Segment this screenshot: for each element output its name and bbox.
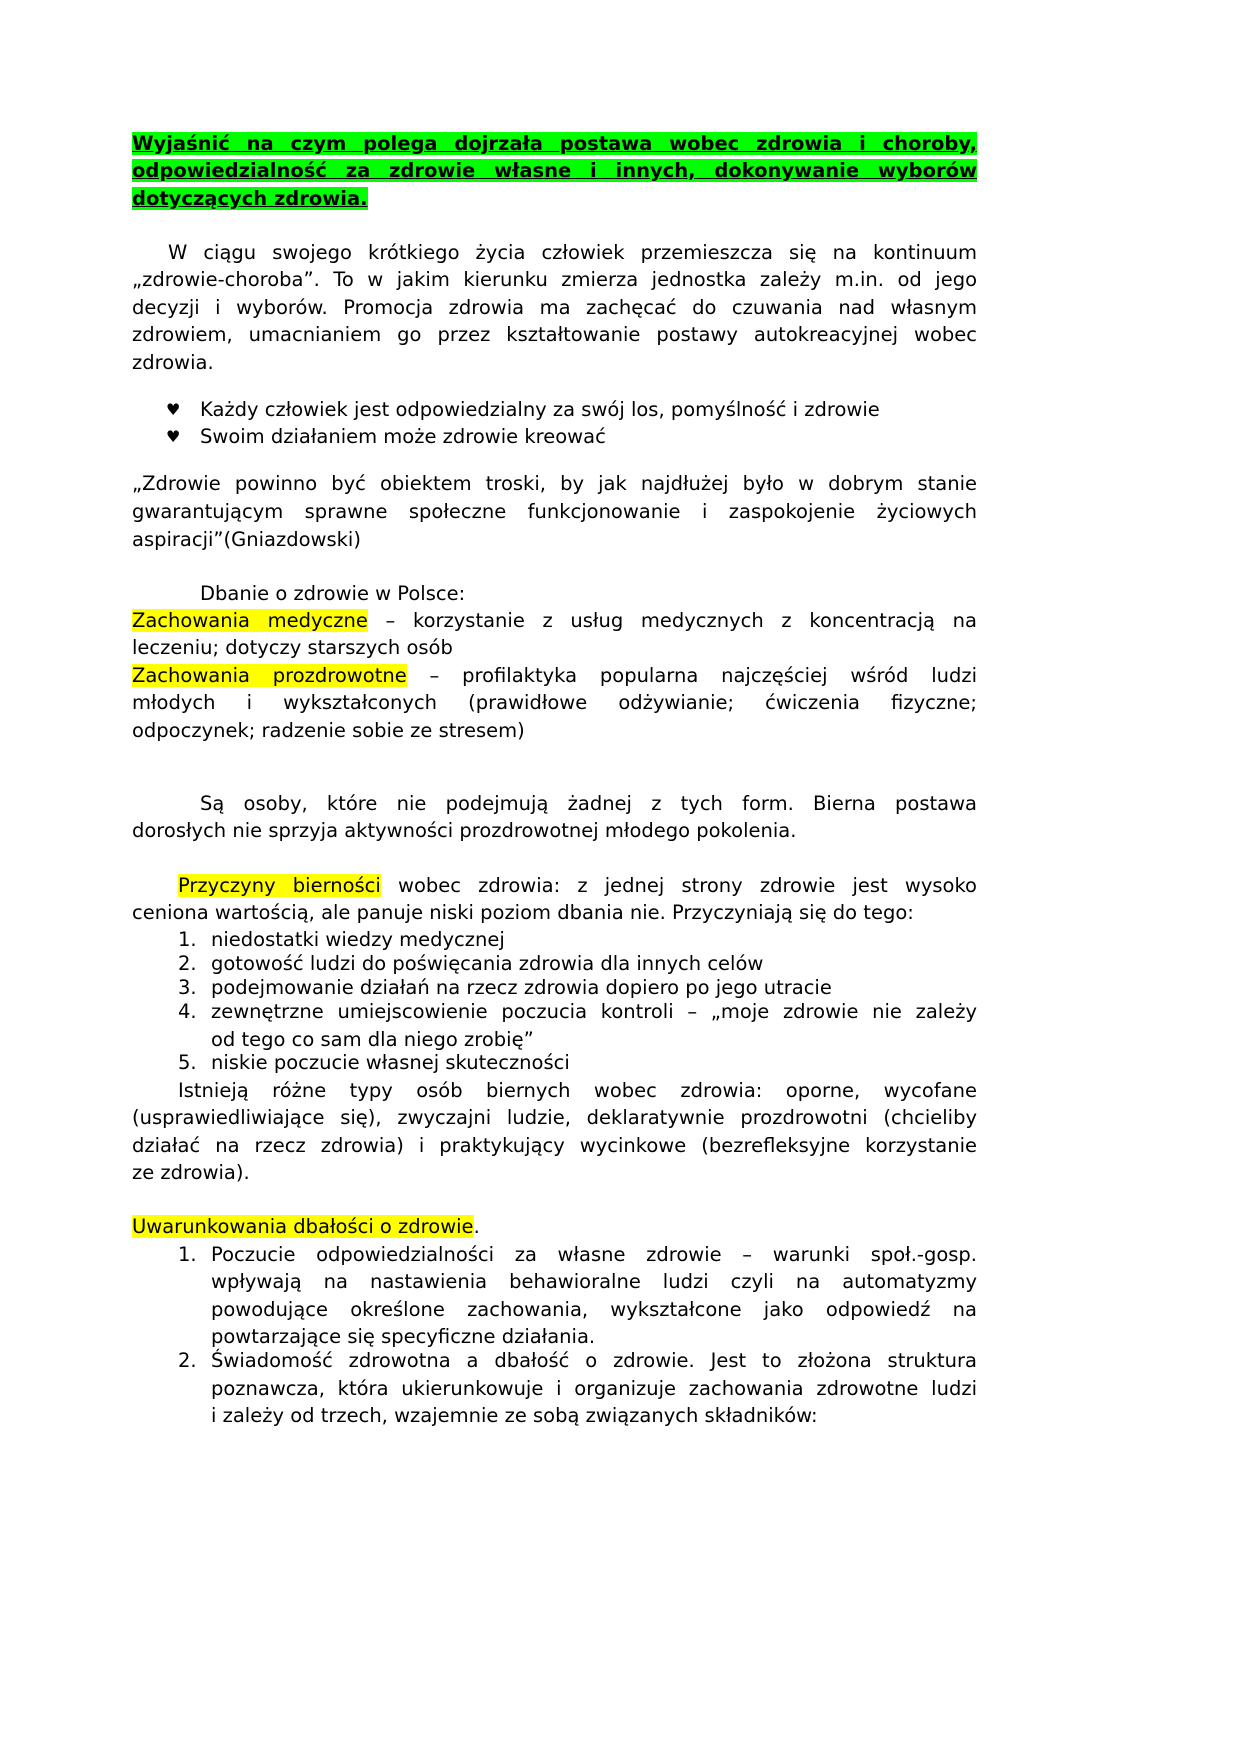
condition-text: Poczucie odpowiedzialności za własne zdr… <box>211 1241 977 1268</box>
cause-text: niedostatki wiedzy medycznej <box>211 926 505 953</box>
cause-text: podejmowanie działań na rzecz zdrowia do… <box>211 974 832 1001</box>
cause-text: zewnętrzne umiejscowienie poczucia kontr… <box>211 998 977 1025</box>
care-section-title: Dbanie o zdrowie w Polsce: <box>200 580 1045 607</box>
heading-text: dotyczących zdrowia. <box>132 187 368 210</box>
condition-text: wpływają na nastawienia behawioralne lud… <box>211 1268 977 1295</box>
medical-behaviour-line: leczeniu; dotyczy starszych osób <box>132 634 977 661</box>
intro-line: decyzji i wyborów. Promocja zdrowia ma z… <box>132 294 977 321</box>
intro-line: W ciągu swojego krótkiego życia człowiek… <box>168 239 977 266</box>
heading-text: odpowiedzialność za zdrowie własne i inn… <box>132 159 977 182</box>
types-line: Istnieją różne typy osób biernych wobec … <box>178 1077 977 1104</box>
conditions-term: Uwarunkowania dbałości o zdrowie <box>132 1215 474 1238</box>
types-line: działać na rzecz zdrowia) i praktykujący… <box>132 1132 977 1159</box>
prohealth-behaviour-line: młodych i wykształconych (prawidłowe odż… <box>132 689 977 716</box>
list-number: 1. <box>178 1241 197 1268</box>
heading-line-2: odpowiedzialność za zdrowie własne i inn… <box>132 157 977 184</box>
list-number: 5. <box>178 1049 197 1076</box>
heart-bullet-icon: ♥ <box>166 396 180 423</box>
prohealth-behaviour-line: odpoczynek; radzenie sobie ze stresem) <box>132 717 977 744</box>
quote-line: aspiracji”(Gniazdowski) <box>132 526 977 553</box>
causes-desc: wobec zdrowia: z jednej strony zdrowie j… <box>381 874 977 897</box>
prohealth-behaviour-term: Zachowania prozdrowotne <box>132 664 407 687</box>
heading-line-1: Wyjaśnić na czym polega dojrzała postawa… <box>132 130 977 157</box>
passive-line: dorosłych nie sprzyja aktywności prozdro… <box>132 817 977 844</box>
list-number: 1. <box>178 926 197 953</box>
cause-text: niskie poczucie własnej skuteczności <box>211 1049 570 1076</box>
causes-line: ceniona wartością, ale panuje niski pozi… <box>132 899 977 926</box>
heading-line-3: dotyczących zdrowia. <box>132 185 977 212</box>
medical-behaviour-term: Zachowania medyczne <box>132 609 368 632</box>
quote-line: gwarantującym sprawne społeczne funkcjon… <box>132 498 977 525</box>
prohealth-behaviour-desc: – profilaktyka popularna najczęściej wśr… <box>407 664 977 687</box>
condition-text: poznawcza, która ukierunkowuje i organiz… <box>211 1375 977 1402</box>
cause-text: gotowość ludzi do poświęcania zdrowia dl… <box>211 950 763 977</box>
list-number: 2. <box>178 1347 197 1374</box>
quote-line: „Zdrowie powinno być obiektem troski, by… <box>132 470 977 497</box>
medical-behaviour-desc: – korzystanie z usług medycznych z konce… <box>368 609 977 632</box>
condition-text: i zależy od trzech, wzajemnie ze sobą zw… <box>211 1402 818 1429</box>
condition-text: powodujące określone zachowania, wykszta… <box>211 1296 977 1323</box>
condition-text: Świadomość zdrowotna a dbałość o zdrowie… <box>211 1347 977 1374</box>
conditions-title: Uwarunkowania dbałości o zdrowie. <box>132 1213 977 1240</box>
bullet-text: Każdy człowiek jest odpowiedzialny za sw… <box>200 396 880 423</box>
intro-line: „zdrowie-choroba”. To w jakim kierunku z… <box>132 266 977 293</box>
types-line: ze zdrowia). <box>132 1159 977 1186</box>
medical-behaviour-line: Zachowania medyczne – korzystanie z usłu… <box>132 607 977 634</box>
bullet-text: Swoim działaniem może zdrowie kreować <box>200 423 606 450</box>
intro-line: zdrowiem, umacnianiem go przez kształtow… <box>132 321 977 348</box>
heading-text: Wyjaśnić na czym polega dojrzała postawa… <box>132 132 977 155</box>
prohealth-behaviour-line: Zachowania prozdrowotne – profilaktyka p… <box>132 662 977 689</box>
passive-line: Są osoby, które nie podejmują żadnej z t… <box>200 790 977 817</box>
causes-term: Przyczyny bierności <box>178 874 381 897</box>
list-number: 2. <box>178 950 197 977</box>
list-number: 4. <box>178 998 197 1025</box>
list-number: 3. <box>178 974 197 1001</box>
causes-line: Przyczyny bierności wobec zdrowia: z jed… <box>178 872 977 899</box>
condition-text: powtarzające się specyficzne działania. <box>211 1323 595 1350</box>
intro-line: zdrowia. <box>132 349 977 376</box>
conditions-suffix: . <box>474 1215 480 1238</box>
types-line: (usprawiedliwiające się), zwyczajni ludz… <box>132 1104 977 1131</box>
heart-bullet-icon: ♥ <box>166 423 180 450</box>
